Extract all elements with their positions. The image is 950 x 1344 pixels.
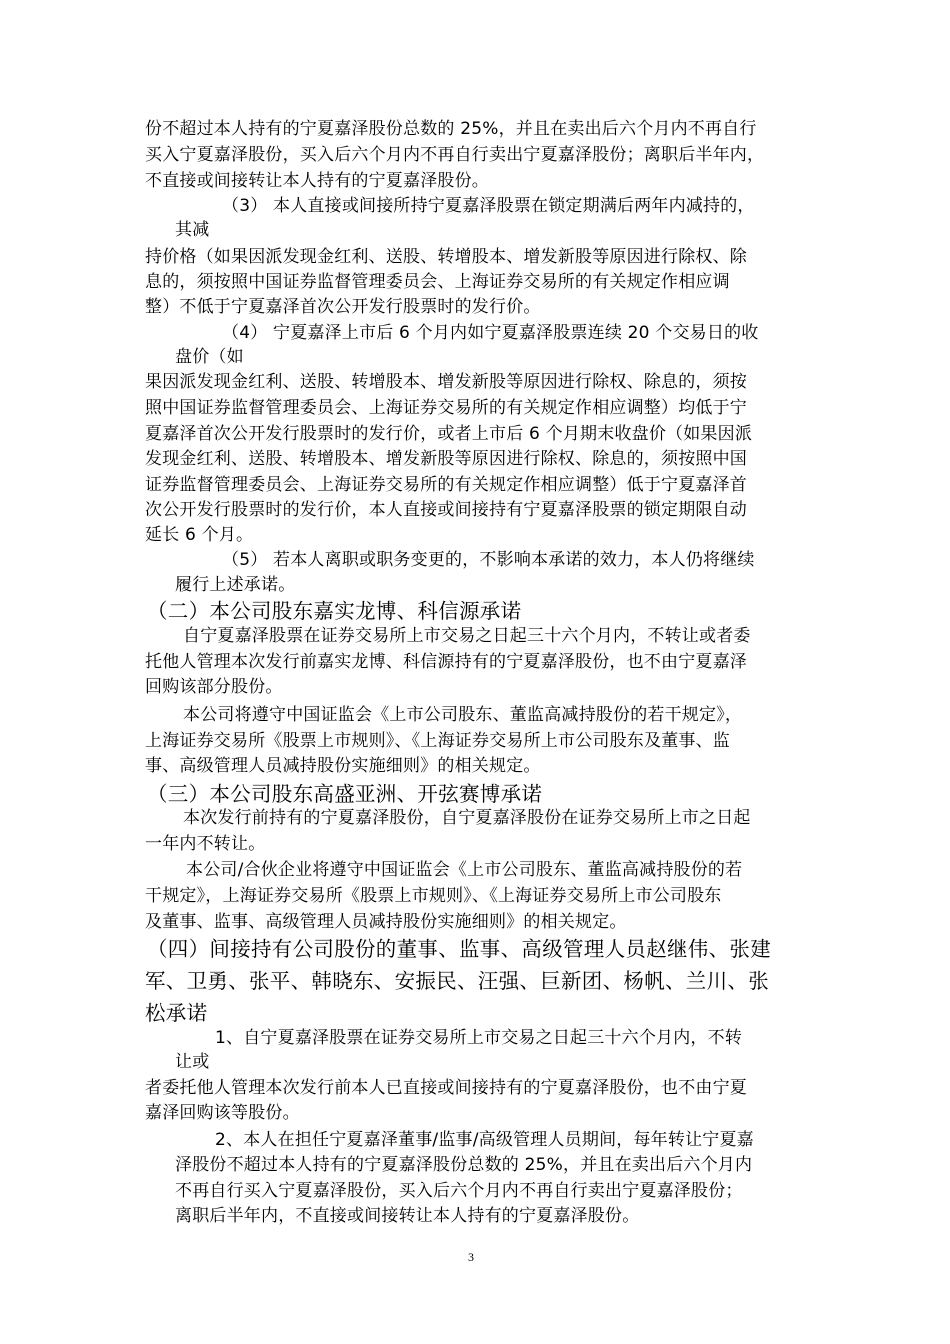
section-heading-line: 松承诺	[145, 999, 207, 1027]
text-line: 及董事、监事、高级管理人员减持股份实施细则》的相关规定。	[145, 911, 627, 933]
text-line: 盘价（如	[175, 346, 244, 368]
text-line: 离职后半年内，不直接或间接转让本人持有的宁夏嘉泽股份。	[175, 1205, 639, 1227]
text-line: 2、本人在担任宁夏嘉泽董事/监事/高级管理人员期间，每年转让宁夏嘉	[215, 1129, 754, 1151]
text-line: 果因派发现金红利、送股、转增股本、增发新股等原因进行除权、除息的，须按	[145, 371, 747, 393]
text-line: 不再自行买入宁夏嘉泽股份，买入后六个月内不再自行卖出宁夏嘉泽股份；	[175, 1180, 743, 1202]
section-heading-line: （三）本公司股东高盛亚洲、开弦赛博承诺	[147, 780, 542, 808]
text-line: 延长 6 个月。	[145, 524, 253, 546]
text-line: （5） 若本人离职或职务变更的，不影响本承诺的效力，本人仍将继续	[222, 549, 755, 571]
text-line: 不直接或间接转让本人持有的宁夏嘉泽股份。	[145, 170, 489, 192]
text-line: 者委托他人管理本次发行前本人已直接或间接持有的宁夏嘉泽股份，也不由宁夏	[145, 1077, 747, 1099]
document-page: 份不超过本人持有的宁夏嘉泽股份总数的 25%，并且在卖出后六个月内不再自行买入宁…	[0, 0, 950, 1344]
text-line: 一年内不转让。	[145, 833, 265, 855]
text-line: （3） 本人直接或间接所持宁夏嘉泽股票在锁定期满后两年内减持的，	[222, 195, 755, 217]
text-line: 回购该部分股份。	[145, 676, 283, 698]
text-line: 让或	[175, 1051, 209, 1073]
section-heading-line: 军、卫勇、张平、韩晓东、安振民、汪强、巨新团、杨帆、兰川、张	[145, 967, 769, 995]
text-line: 次公开发行股票时的发行价，本人直接或间接持有宁夏嘉泽股票的锁定期限自动	[145, 499, 747, 521]
text-line: 份不超过本人持有的宁夏嘉泽股份总数的 25%，并且在卖出后六个月内不再自行	[145, 118, 757, 140]
text-line: 其减	[175, 219, 209, 241]
text-line: 上海证券交易所《股票上市规则》、《上海证券交易所上市公司股东及董事、监	[145, 730, 730, 752]
text-line: 证券监督管理委员会、上海证券交易所的有关规定作相应调整）低于宁夏嘉泽首	[145, 474, 747, 496]
text-line: 泽股份不超过本人持有的宁夏嘉泽股份总数的 25%，并且在卖出后六个月内	[175, 1154, 752, 1176]
text-line: （4） 宁夏嘉泽上市后 6 个月内如宁夏嘉泽股票连续 20 个交易日的收	[222, 322, 758, 344]
text-line: 整）不低于宁夏嘉泽首次公开发行股票时的发行价。	[145, 296, 541, 318]
text-line: 持价格（如果因派发现金红利、送股、转增股本、增发新股等原因进行除权、除	[145, 246, 747, 268]
text-line: 息的，须按照中国证券监督管理委员会、上海证券交易所的有关规定作相应调	[145, 271, 730, 293]
text-line: 本公司将遵守中国证监会《上市公司股东、董监高减持股份的若干规定》，	[183, 704, 742, 726]
text-line: 本次发行前持有的宁夏嘉泽股份，自宁夏嘉泽股份在证券交易所上市之日起	[183, 807, 751, 829]
text-line: 1、自宁夏嘉泽股票在证券交易所上市交易之日起三十六个月内，不转	[215, 1027, 742, 1049]
text-line: 本公司/合伙企业将遵守中国证监会《上市公司股东、董监高减持股份的若	[186, 859, 742, 881]
text-line: 托他人管理本次发行前嘉实龙博、科信源持有的宁夏嘉泽股份，也不由宁夏嘉泽	[145, 651, 747, 673]
text-line: 买入宁夏嘉泽股份，买入后六个月内不再自行卖出宁夏嘉泽股份；离职后半年内，	[145, 144, 764, 166]
text-line: 照中国证券监督管理委员会、上海证券交易所的有关规定作相应调整）均低于宁	[145, 397, 747, 419]
text-line: 履行上述承诺。	[175, 574, 295, 596]
text-line: 嘉泽回购该等股份。	[145, 1102, 300, 1124]
section-heading-line: （四）间接持有公司股份的董事、监事、高级管理人员赵继伟、张建	[147, 935, 771, 963]
text-line: 发现金红利、送股、转增股本、增发新股等原因进行除权、除息的，须按照中国	[145, 448, 747, 470]
page-number: 3	[468, 1250, 474, 1265]
text-line: 自宁夏嘉泽股票在证券交易所上市交易之日起三十六个月内，不转让或者委	[183, 625, 751, 647]
text-line: 干规定》，上海证券交易所《股票上市规则》、《上海证券交易所上市公司股东	[145, 885, 722, 907]
section-heading-line: （二）本公司股东嘉实龙博、科信源承诺	[147, 597, 521, 625]
text-line: 夏嘉泽首次公开发行股票时的发行价，或者上市后 6 个月期末收盘价（如果因派	[145, 423, 752, 445]
text-line: 事、高级管理人员减持股份实施细则》的相关规定。	[145, 755, 541, 777]
